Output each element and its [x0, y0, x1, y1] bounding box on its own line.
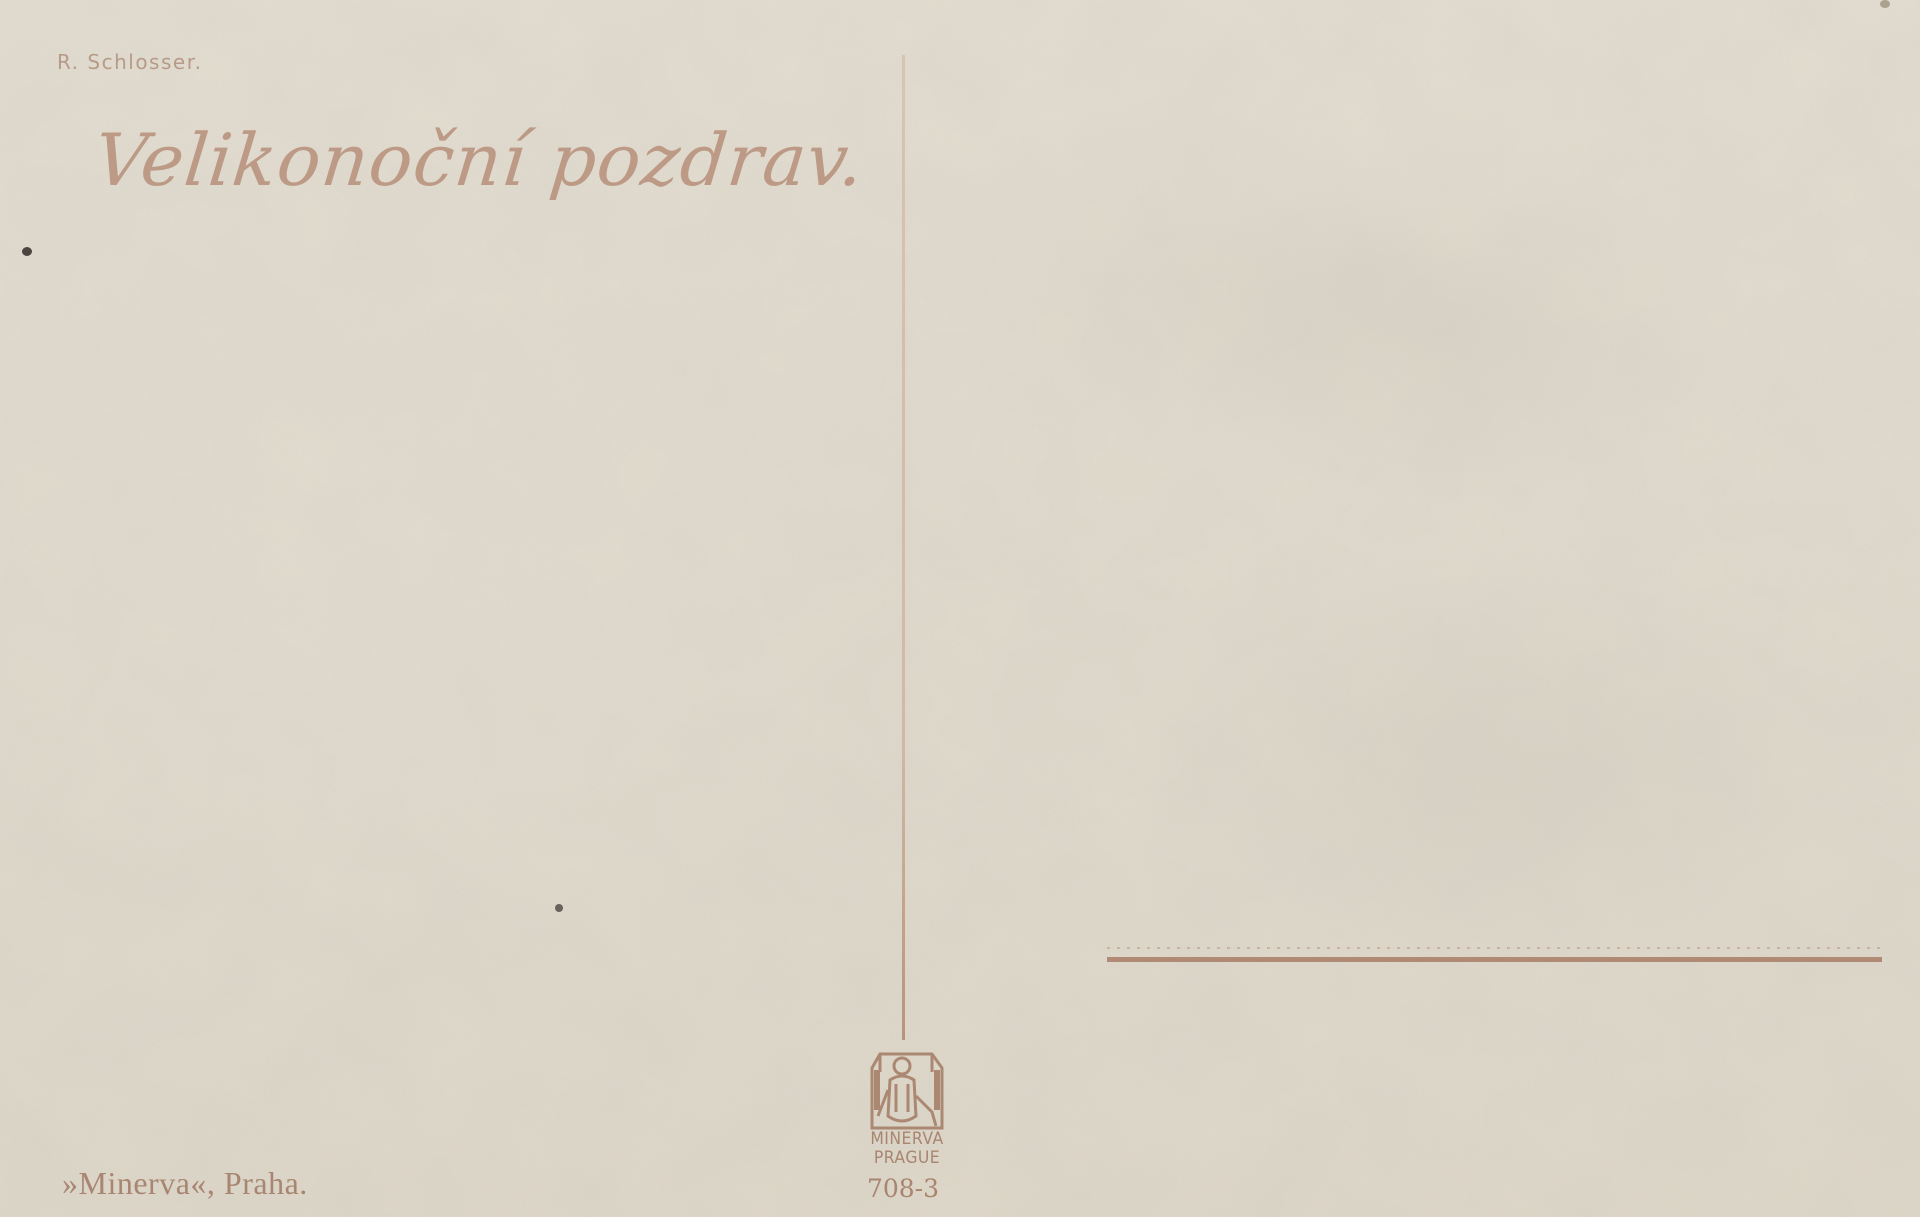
- greeting-title: Velikonoční pozdrav.: [91, 118, 869, 202]
- paper-speck: [555, 904, 563, 912]
- paper-speck: [1880, 0, 1890, 8]
- artist-credit: R. Schlosser.: [57, 50, 202, 74]
- paper-speck: [22, 247, 32, 256]
- address-guide-dots: [1107, 947, 1882, 949]
- address-line: [1107, 957, 1882, 962]
- serial-number: 708-3: [858, 1174, 948, 1203]
- postcard-back: R. Schlosser. Velikonoční pozdrav. MINER…: [0, 0, 1920, 1217]
- logo-label-prague: PRAGUE: [866, 1149, 949, 1167]
- minerva-prague-logo-icon: [866, 1050, 948, 1132]
- publisher-imprint: »Minerva«, Praha.: [62, 1165, 308, 1202]
- center-divider-line: [902, 55, 905, 1040]
- logo-label-minerva: MINERVA: [866, 1130, 949, 1148]
